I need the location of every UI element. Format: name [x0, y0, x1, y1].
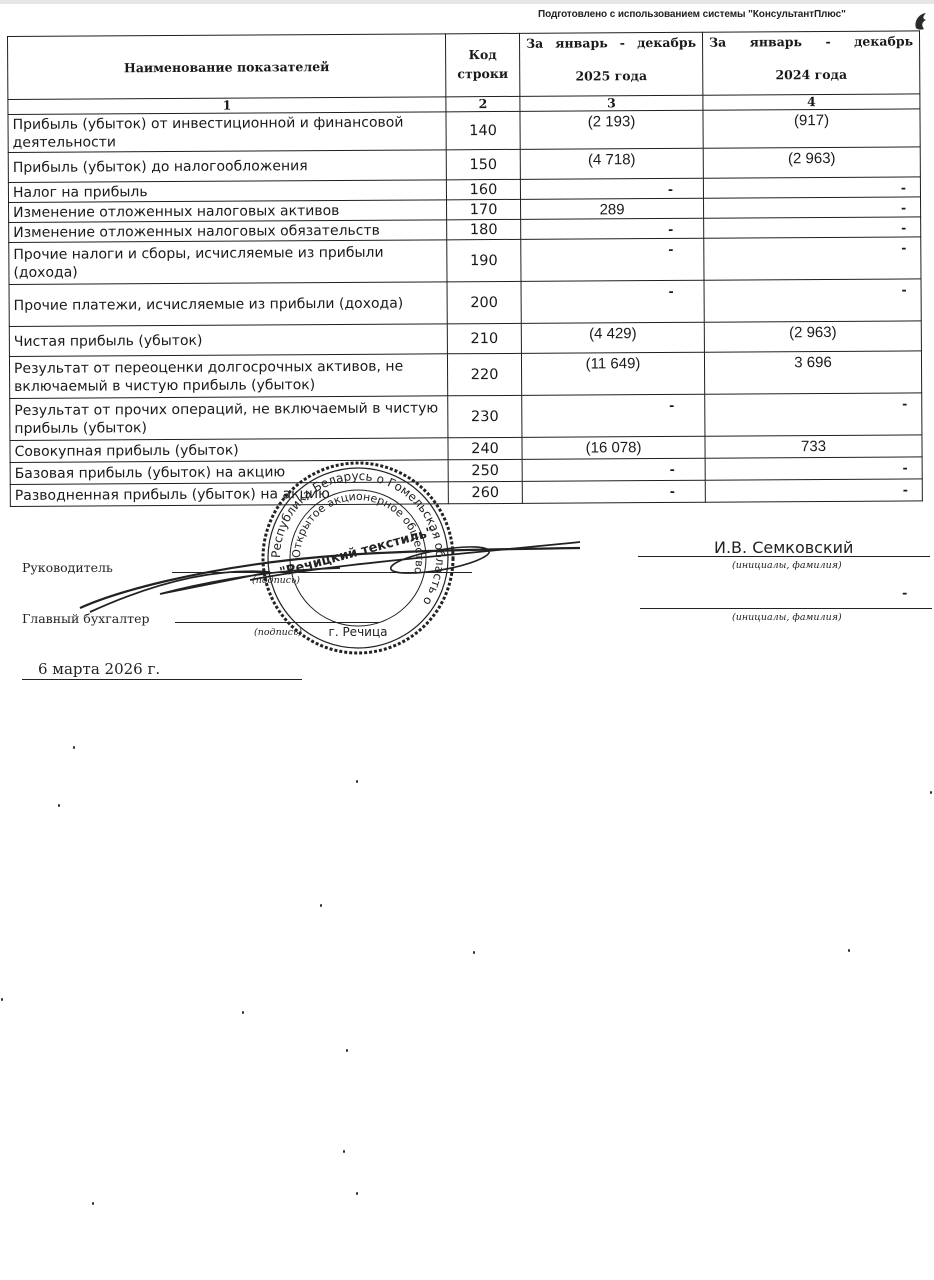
value-2024: - [703, 177, 920, 198]
scan-speck [1, 998, 3, 1001]
line-code: 170 [447, 199, 521, 219]
scan-speck [930, 791, 932, 794]
scan-speck [356, 1192, 358, 1195]
scan-speck [92, 1202, 94, 1205]
value-2025: - [522, 480, 705, 503]
header-word: - [620, 35, 625, 50]
header-word: - [825, 34, 830, 49]
scan-speck [473, 951, 475, 954]
line-code: 210 [447, 323, 521, 353]
header-word: декабрь [854, 33, 913, 48]
consultant-logo-icon [912, 10, 932, 32]
header-year: 2025 года [526, 68, 696, 84]
header-word: декабрь [637, 35, 696, 50]
value-2025: (2 193) [520, 110, 703, 149]
indicator-name: Изменение отложенных налоговых обязатель… [9, 220, 447, 243]
line-code: 260 [448, 481, 522, 503]
line-code: 140 [446, 111, 520, 149]
value-2024: (917) [703, 109, 920, 148]
column-number: 3 [520, 95, 703, 111]
value-2024: - [704, 217, 921, 238]
indicator-name: Прибыль (убыток) от инвестиционной и фин… [8, 112, 446, 153]
scan-speck [346, 1049, 348, 1052]
director-name-line [638, 556, 930, 557]
scan-speck [58, 804, 60, 807]
value-2024: - [705, 457, 922, 480]
company-stamp-icon: Республика Беларусь о Гомельская область… [258, 458, 458, 658]
header-year: 2024 года [709, 66, 913, 82]
table-row: Результат от прочих операций, не включае… [10, 393, 922, 441]
line-code: 200 [447, 281, 521, 323]
column-number: 2 [446, 96, 520, 111]
header-period-2024: За январь - декабрь 2024 года [702, 31, 919, 95]
value-2025: - [521, 280, 704, 323]
line-code: 180 [447, 219, 521, 239]
stamp-bottom-text: г. Речица [329, 625, 388, 639]
value-2024: - [704, 237, 921, 280]
scan-speck [242, 1011, 244, 1014]
header-name: Наименование показателей [8, 34, 446, 100]
line-code: 230 [448, 395, 522, 437]
value-2024: - [704, 197, 921, 218]
indicator-name: Чистая прибыль (убыток) [9, 324, 447, 357]
value-2025: (4 718) [520, 148, 703, 179]
indicator-name: Результат от переоценки долгосрочных акт… [9, 354, 447, 399]
value-2025: 289 [521, 198, 704, 219]
scan-speck [343, 1150, 345, 1153]
line-code: 190 [447, 239, 521, 281]
header-period-2025: За январь - декабрь 2025 года [519, 32, 702, 96]
column-number: 4 [703, 94, 920, 110]
indicator-name: Налог на прибыль [8, 180, 446, 203]
indicator-name: Результат от прочих операций, не включае… [10, 396, 448, 441]
value-2025: - [521, 218, 704, 239]
scan-speck [848, 949, 850, 952]
indicator-name: Прочие налоги и сборы, исчисляемые из пр… [9, 240, 447, 285]
chief-accountant-name: - [902, 586, 907, 601]
director-name-caption: (инициалы, фамилия) [732, 560, 842, 571]
value-2024: (2 963) [704, 321, 921, 352]
director-name: И.В. Семковский [714, 538, 853, 557]
indicator-name: Изменение отложенных налоговых активов [9, 200, 447, 223]
chief-accountant-name-line [640, 608, 932, 609]
line-code: 160 [446, 179, 520, 199]
header-code: Код строки [445, 33, 519, 96]
table-row: Результат от переоценки долгосрочных акт… [9, 351, 921, 399]
line-code: 220 [447, 353, 521, 395]
scan-top-edge [0, 0, 934, 4]
scan-speck [356, 780, 358, 783]
table-row: Разводненная прибыль (убыток) на акцию26… [10, 479, 922, 507]
value-2024: 733 [705, 435, 922, 458]
value-2024: - [704, 279, 921, 322]
value-2024: 3 696 [704, 351, 921, 394]
line-code: 240 [448, 437, 522, 459]
value-2025: (4 429) [521, 322, 704, 353]
value-2024: (2 963) [703, 147, 920, 178]
chief-accountant-name-caption: (инициалы, фамилия) [732, 612, 842, 623]
value-2025: (16 078) [522, 436, 705, 459]
line-code: 250 [448, 459, 522, 481]
header-word: За [709, 35, 726, 50]
table-row: Прибыль (убыток) от инвестиционной и фин… [8, 109, 920, 153]
financial-report-table: Наименование показателей Код строки За я… [7, 30, 923, 507]
value-2024: - [705, 393, 922, 436]
indicator-name: Прибыль (убыток) до налогообложения [8, 150, 446, 183]
value-2025: - [520, 178, 703, 199]
header-word: январь [555, 35, 607, 50]
table-row: Прочие платежи, исчисляемые из прибыли (… [9, 279, 921, 327]
scan-speck [73, 746, 75, 749]
value-2024: - [705, 479, 922, 502]
header-word: За [526, 36, 543, 51]
source-note: Подготовлено с использованием системы "К… [538, 9, 846, 20]
value-2025: (11 649) [521, 352, 704, 395]
scan-speck [320, 904, 322, 907]
value-2025: - [521, 238, 704, 281]
value-2025: - [522, 394, 705, 437]
header-word: январь [750, 34, 802, 49]
indicator-name: Прочие платежи, исчисляемые из прибыли (… [9, 282, 447, 327]
line-code: 150 [446, 149, 520, 179]
table-row: Прочие налоги и сборы, исчисляемые из пр… [9, 237, 921, 285]
date-line [22, 679, 302, 680]
report-date: 6 марта 2026 г. [38, 660, 160, 678]
value-2025: - [522, 458, 705, 481]
